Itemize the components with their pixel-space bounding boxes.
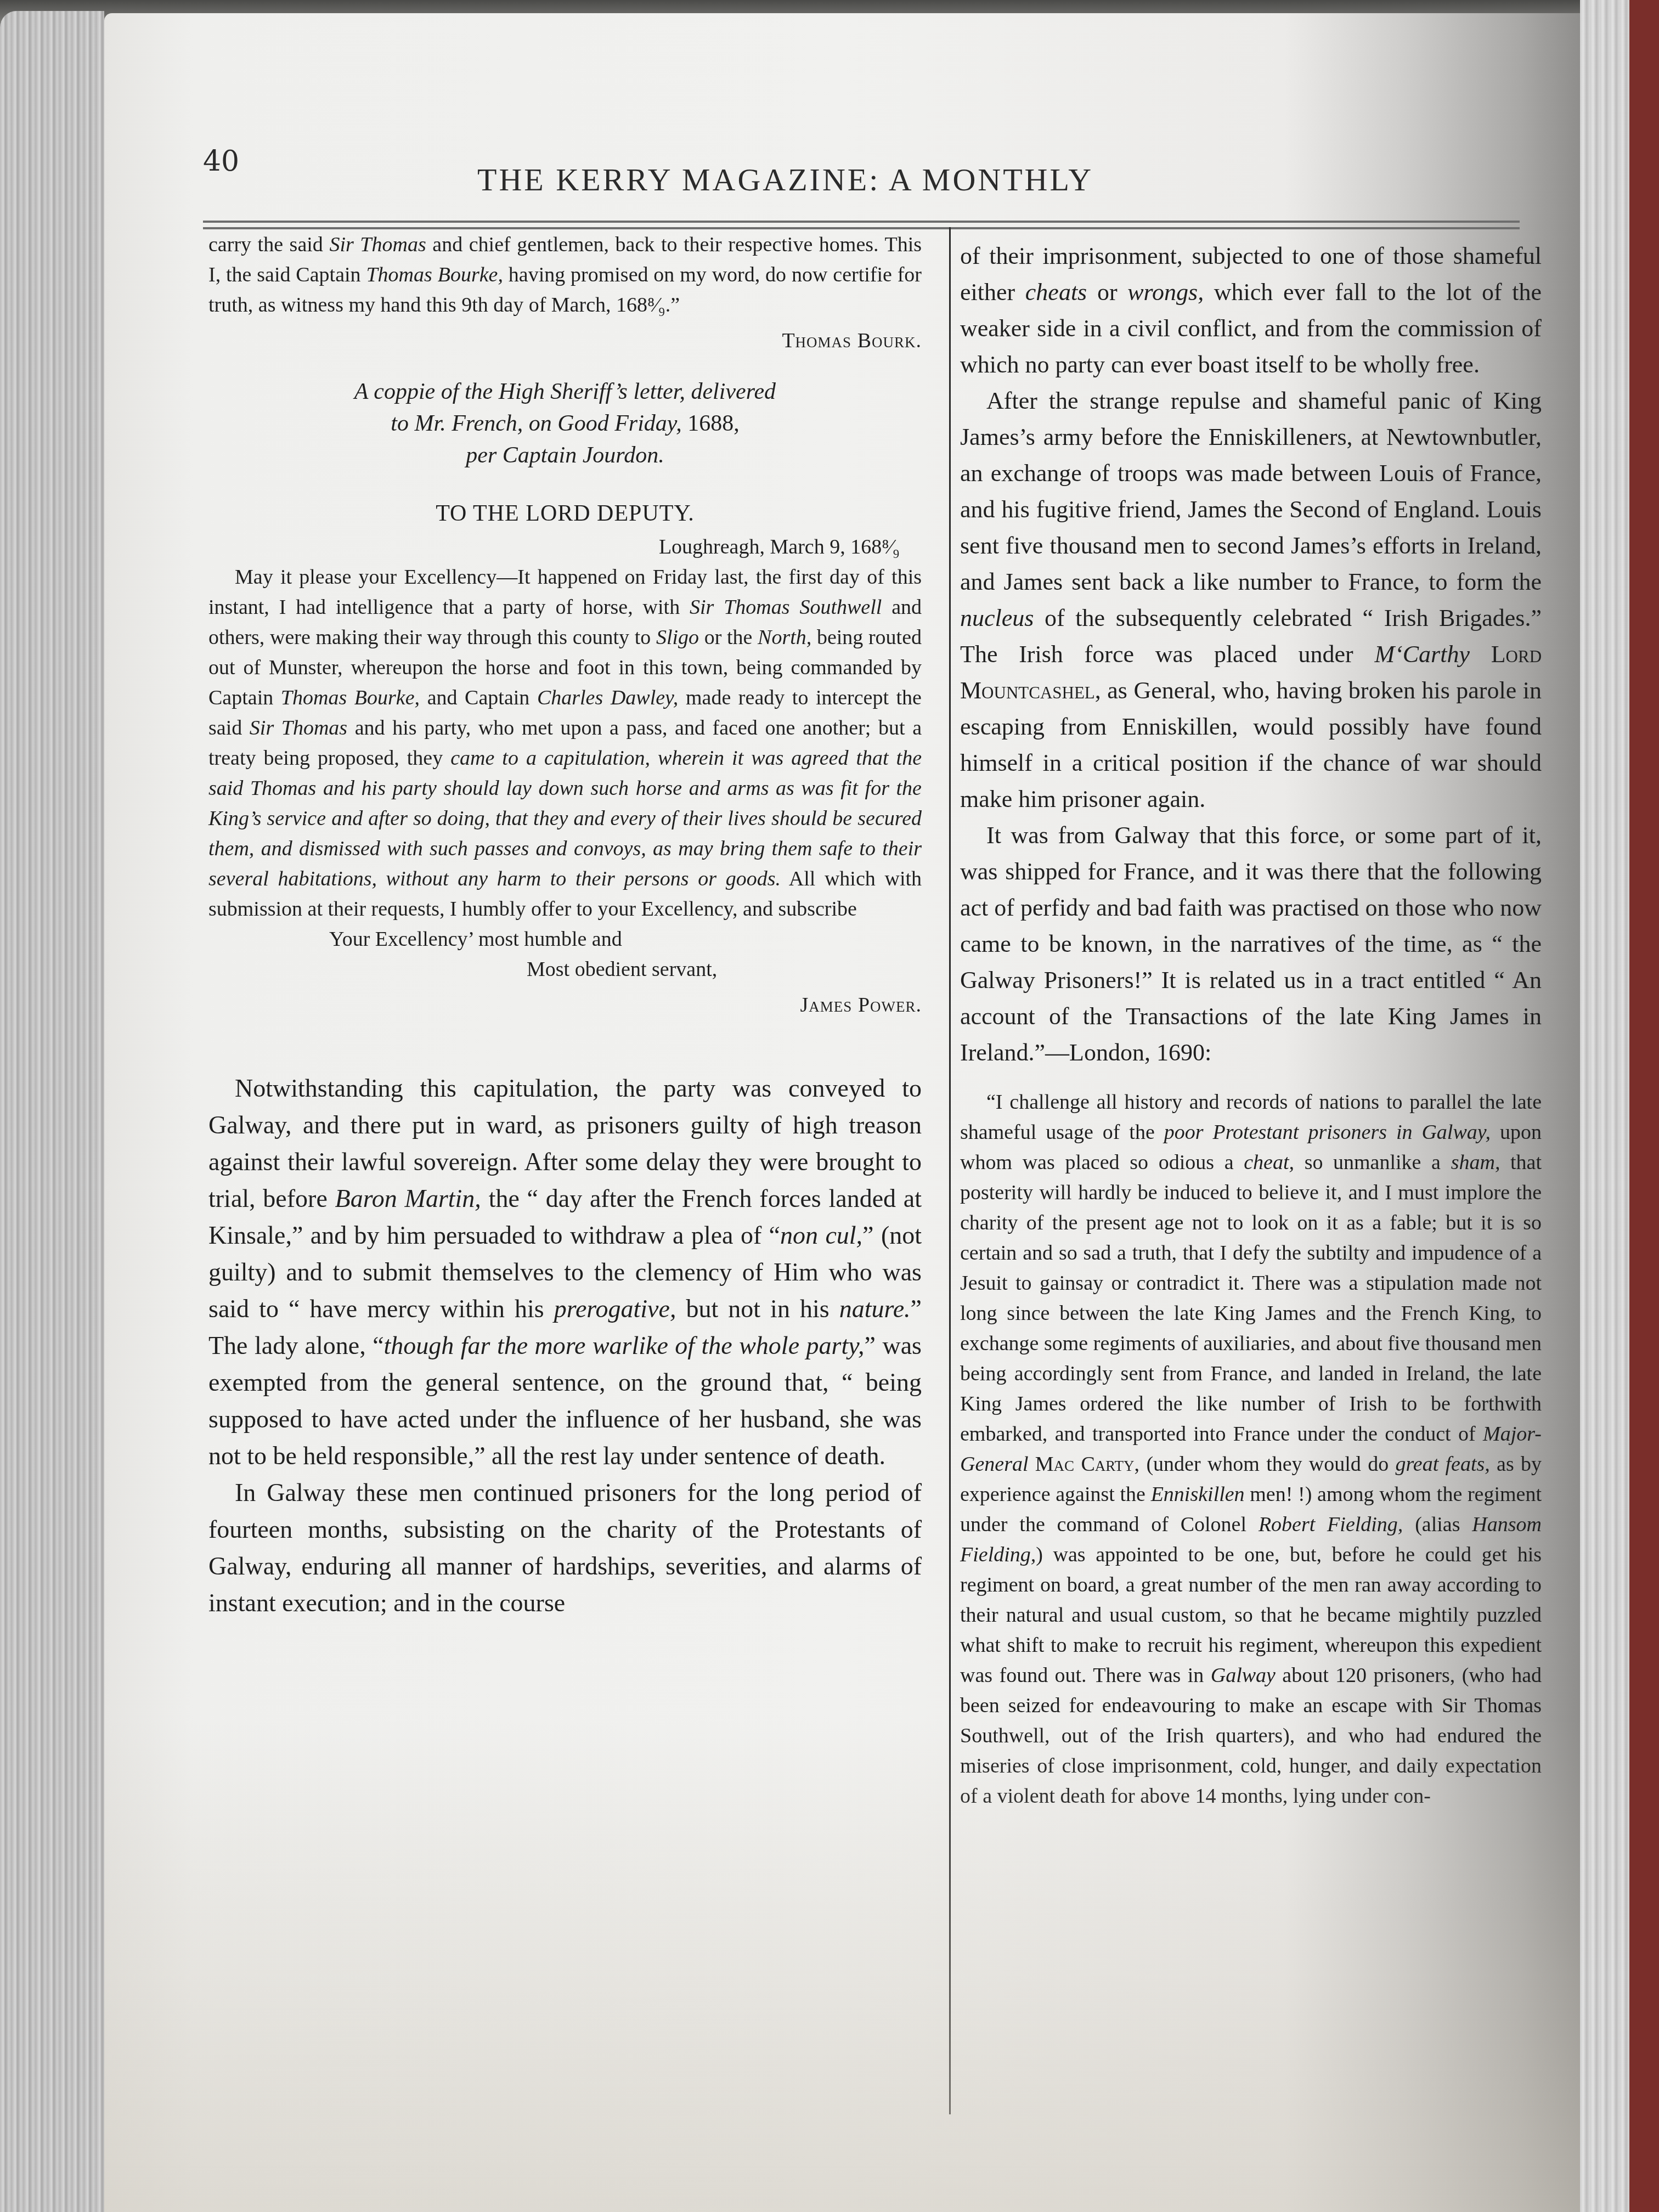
closing-line-1: Your Excellency’ most humble and [208, 924, 922, 955]
signature-thomas-bourk: Thomas Bourk. [208, 326, 922, 356]
book-page-stack-right [1580, 0, 1629, 2212]
right-paragraph-3: It was from Galway that this force, or s… [960, 817, 1542, 1071]
narrative-paragraph-1: Notwithstanding this capitulation, the p… [208, 1070, 922, 1474]
right-paragraph-1: of their imprisonment, subjected to one … [960, 238, 1542, 383]
left-column: carry the said Sir Thomas and chief gent… [208, 230, 922, 1621]
closing-line-2: Most obedient servant, [208, 955, 922, 985]
signature-james-power: James Power. [208, 990, 922, 1020]
place-date: Loughreagh, March 9, 168⁸⁄₉ [208, 532, 922, 562]
column-divider [949, 227, 951, 2114]
letter-title: A coppie of the High Sheriff’s letter, d… [208, 376, 922, 471]
book-page-stack-left [0, 11, 104, 2212]
book-cover-edge [1629, 0, 1659, 2212]
book-page: 40 THE KERRY MAGAZINE: A MONTHLY carry t… [104, 13, 1580, 2212]
right-column: of their imprisonment, subjected to one … [960, 238, 1542, 1812]
running-head: THE KERRY MAGAZINE: A MONTHLY [477, 161, 1093, 198]
header-rule-top [203, 221, 1520, 223]
right-paragraph-2: After the strange repulse and shameful p… [960, 383, 1542, 817]
addressee-heading: TO THE LORD DEPUTY. [208, 499, 922, 529]
quoted-tract: “I challenge all history and records of … [960, 1087, 1542, 1812]
section-gap [208, 1020, 922, 1070]
narrative-paragraph-2: In Galway these men continued prisoners … [208, 1474, 922, 1621]
page-number: 40 [203, 145, 239, 178]
certificate-tail: carry the said Sir Thomas and chief gent… [208, 230, 922, 320]
letter-body: May it please your Excellency—It happene… [208, 562, 922, 924]
header-rule-bottom [203, 227, 1520, 229]
